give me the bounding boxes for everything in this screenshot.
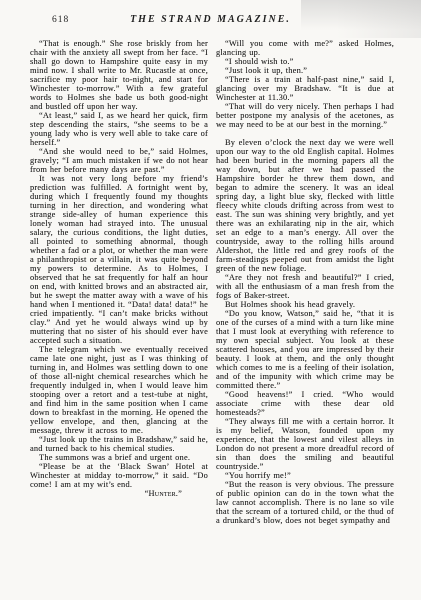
paragraph: But Holmes shook his head gravely. (216, 300, 394, 309)
two-column-text-body: “That is enough.” She rose briskly from … (30, 39, 394, 525)
paragraph: “That is enough.” She rose briskly from … (30, 39, 208, 111)
paragraph: “You horrify me!” (216, 471, 394, 480)
paragraph: “Will you come with me?” asked Holmes, g… (216, 39, 394, 57)
paragraph: “But the reason is very obvious. The pre… (216, 480, 394, 525)
page-header: 618 THE STRAND MAGAZINE. (0, 0, 421, 30)
paragraph: The summons was a brief and urgent one. (30, 453, 208, 462)
paragraph: The telegram which we eventually receive… (30, 345, 208, 435)
right-column: “Will you come with me?” asked Holmes, g… (216, 39, 394, 525)
paragraph: “At least,” said I, as we heard her quic… (30, 111, 208, 147)
paragraph-section-start: By eleven o’clock the next day we were w… (216, 138, 394, 273)
paragraph: “I should wish to.” (216, 57, 394, 66)
paragraph: “There is a train at half-past nine,” sa… (216, 75, 394, 102)
paragraph: “That will do very nicely. Then perhaps … (216, 102, 394, 129)
paragraph: “Good heavens!” I cried. “Who would asso… (216, 390, 394, 417)
magazine-title: THE STRAND MAGAZINE. (0, 14, 421, 25)
paragraph: “Just look it up, then.” (216, 66, 394, 75)
paragraph: “And she would need to be,” said Holmes,… (30, 147, 208, 174)
paragraph: “Are they not fresh and beautiful?” I cr… (216, 273, 394, 300)
telegram-signature: “Hunter.” (30, 489, 208, 498)
telegram-text: “Please be at the ‘Black Swan’ Hotel at … (30, 462, 208, 489)
paragraph: “They always fill me with a certain horr… (216, 417, 394, 471)
magazine-page: 618 THE STRAND MAGAZINE. “That is enough… (0, 0, 421, 600)
left-column: “That is enough.” She rose briskly from … (30, 39, 208, 525)
paragraph: “Just look up the trains in Bradshaw,” s… (30, 435, 208, 453)
paragraph: “Do you know, Watson,” said he, “that it… (216, 309, 394, 390)
paragraph: It was not very long before my friend’s … (30, 174, 208, 345)
